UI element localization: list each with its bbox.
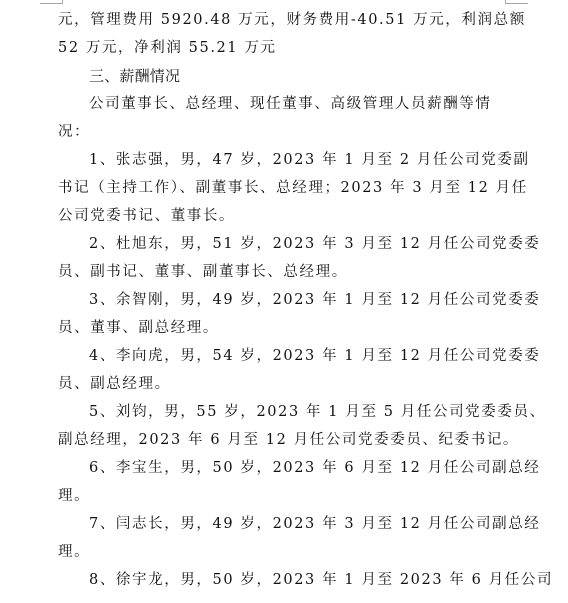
executive-item-5-line-2: 副总经理，2023 年 6 月至 12 月任公司党委委员、纪委书记。 <box>58 426 492 454</box>
executive-item-4-line-1: 4、李向虎，男，54 岁，2023 年 1 月至 12 月任公司党委委 <box>58 342 492 370</box>
executive-item-1-line-3: 公司党委书记、董事长。 <box>58 202 492 230</box>
executive-item-5-line-1: 5、刘钧，男，55 岁，2023 年 1 月至 5 月任公司党委委员、 <box>58 398 492 426</box>
page-corner-mark-left <box>40 0 63 4</box>
section-heading-compensation: 三、薪酬情况 <box>58 62 492 90</box>
executive-item-3-line-1: 3、余智刚，男，49 岁，2023 年 1 月至 12 月任公司党委委 <box>58 286 492 314</box>
paragraph-line-intro-1: 公司董事长、总经理、现任董事、高级管理人员薪酬等情 <box>58 90 492 118</box>
paragraph-line-financials-1: 元，管理费用 5920.48 万元，财务费用-40.51 万元，利润总额 <box>58 6 492 34</box>
executive-item-8-line-1: 8、徐宇龙，男，50 岁，2023 年 1 月至 2023 年 6 月任公司 <box>58 566 492 594</box>
executive-item-2-line-1: 2、杜旭东，男，51 岁，2023 年 3 月至 12 月任公司党委委 <box>58 230 492 258</box>
executive-item-1-line-1: 1、张志强，男，47 岁，2023 年 1 月至 2 月任公司党委副 <box>58 146 492 174</box>
executive-item-2-line-2: 员、副书记、董事、副董事长、总经理。 <box>58 258 492 286</box>
document-page-body: 元，管理费用 5920.48 万元，财务费用-40.51 万元，利润总额 52 … <box>58 6 492 594</box>
paragraph-line-intro-2: 况： <box>58 118 492 146</box>
executive-item-1-line-2: 书记（主持工作）、副董事长、总经理；2023 年 3 月至 12 月任 <box>58 174 492 202</box>
executive-item-3-line-2: 员、董事、副总经理。 <box>58 314 492 342</box>
executive-item-6-line-2: 理。 <box>58 482 492 510</box>
executive-item-6-line-1: 6、李宝生，男，50 岁，2023 年 6 月至 12 月任公司副总经 <box>58 454 492 482</box>
page-corner-mark-right <box>505 0 528 4</box>
executive-item-7-line-1: 7、闫志长，男，49 岁，2023 年 3 月至 12 月任公司副总经 <box>58 510 492 538</box>
executive-item-7-line-2: 理。 <box>58 538 492 566</box>
executive-item-4-line-2: 员、副总经理。 <box>58 370 492 398</box>
paragraph-line-financials-2: 52 万元，净利润 55.21 万元 <box>58 34 492 62</box>
